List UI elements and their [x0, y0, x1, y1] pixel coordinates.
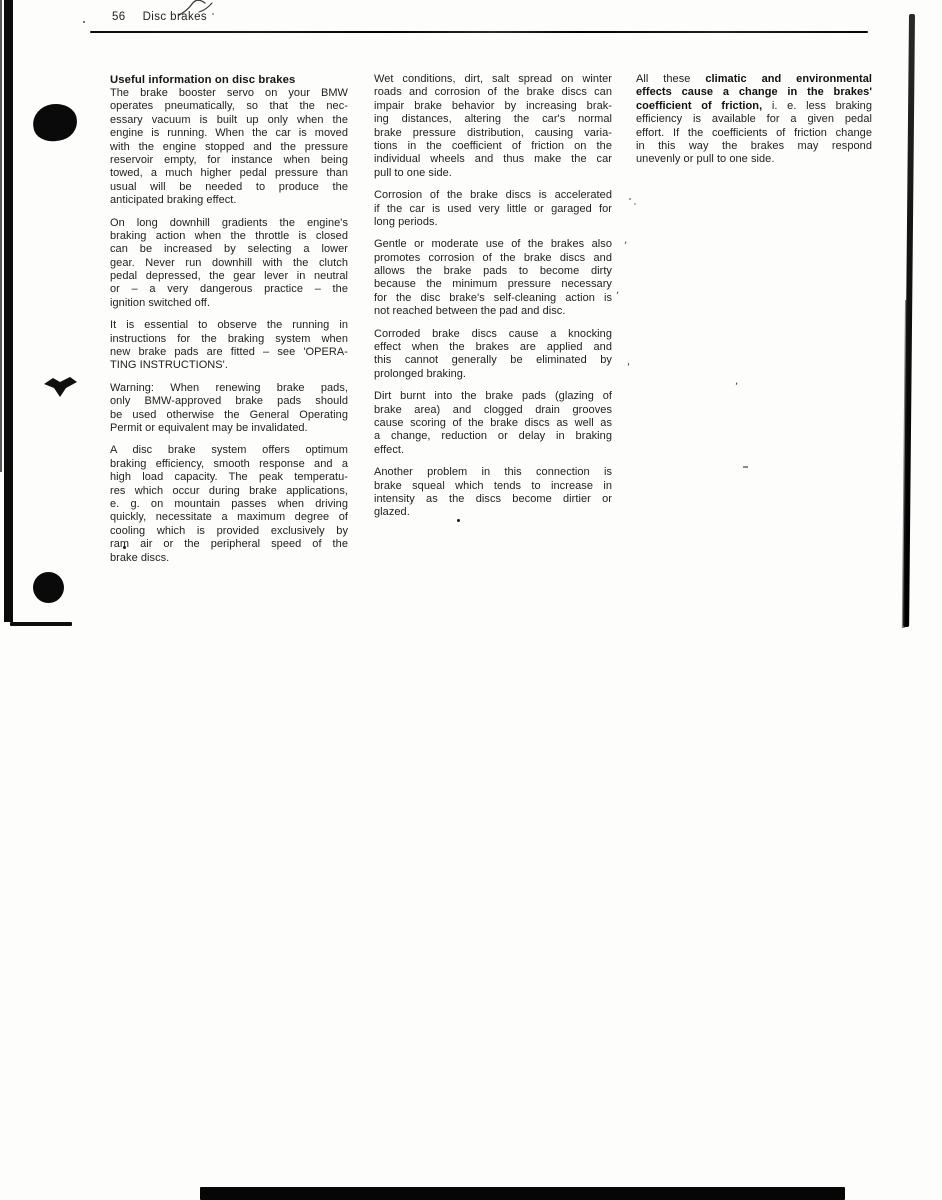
ink-speck: [629, 198, 631, 200]
text-line: high load capacity. The peak temperatu-: [110, 471, 348, 484]
text-line: Corroded brake discs cause a knocking: [374, 328, 612, 341]
stray-dash-mark: [743, 466, 748, 468]
binding-shadow-bar: [4, 0, 13, 622]
paragraph: A disc brake system offers optimumbrakin…: [110, 444, 348, 565]
text-line: be used otherwise the General Operating: [110, 409, 348, 422]
column-middle: Wet conditions, dirt, salt spread on win…: [374, 73, 612, 529]
page-header: 56Disc brakes: [112, 11, 207, 23]
text-line: impair brake behavior by increasing brak…: [374, 100, 612, 113]
text-line: pull to one side.: [374, 167, 612, 180]
ink-speck: [83, 21, 85, 23]
text-line: long periods.: [374, 216, 612, 229]
text-line: cooling which is provided exclusively by: [110, 525, 348, 538]
text-line: pedal depressed, the gear lever in neutr…: [110, 270, 348, 283]
text-line: prolonged braking.: [374, 368, 612, 381]
text-line: operates pneumatically, so that the nec-: [110, 100, 348, 113]
text-line: essary vacuum is built up only when the: [110, 114, 348, 127]
text-line: a change, reduction or delay in braking: [374, 430, 612, 443]
text-line: cause scoring of the brake discs as well…: [374, 417, 612, 430]
text-line: Dirt burnt into the brake pads (glazing …: [374, 390, 612, 403]
paragraph: Another problem in this connection isbra…: [374, 466, 612, 520]
text-line: quickly, necessitate a maximum degree of: [110, 511, 348, 524]
text-line: braking action when the throttle is clos…: [110, 230, 348, 243]
text-line: effects cause a change in the brakes': [636, 86, 872, 99]
text-line: or – a very dangerous practice – the: [110, 283, 348, 296]
text-line: effect when the brakes are applied and: [374, 341, 612, 354]
text-line: individual wheels and thus make the car: [374, 153, 612, 166]
text-line: Corrosion of the brake discs is accelera…: [374, 189, 612, 202]
text-line: usual will be needed to produce the: [110, 181, 348, 194]
text-line: effort. If the coefficients of friction …: [636, 127, 872, 140]
section-heading: Useful information on disc brakes: [110, 73, 348, 87]
text-line: Warning: When renewing brake pads,: [110, 382, 348, 395]
text-line: Another problem in this connection is: [374, 466, 612, 479]
paragraph: Wet conditions, dirt, salt spread on win…: [374, 73, 612, 180]
stray-apostrophe-mark: ': [627, 363, 630, 373]
text-line: ram air or the peripheral speed of the: [110, 538, 348, 551]
text-line: can be increased by selecting a lower: [110, 243, 348, 256]
text-line: roads and corrosion of the brake discs c…: [374, 86, 612, 99]
stray-comma-mark: ,: [624, 236, 627, 246]
text-line: Gentle or moderate use of the brakes als…: [374, 238, 612, 251]
header-rule: [90, 31, 868, 33]
stray-bullet-dot: [457, 519, 460, 522]
text-line: gear. Never run downhill with the clutch: [110, 257, 348, 270]
text-line: e. g. on mountain passes when driving: [110, 498, 348, 511]
column-right: All these climatic and environmentaleffe…: [636, 73, 872, 176]
text-line: The brake booster servo on your BMW: [110, 87, 348, 100]
paragraph: All these climatic and environmentaleffe…: [636, 73, 872, 167]
binding-shadow-foot: [10, 622, 72, 626]
text-line: Wet conditions, dirt, salt spread on win…: [374, 73, 612, 86]
ink-speck: [634, 203, 636, 205]
text-line: braking efficiency, smooth response and …: [110, 458, 348, 471]
text-line: effect.: [374, 444, 612, 457]
text-line: allows the brake pads to become dirty: [374, 265, 612, 278]
scan-artifact-bar: [200, 1187, 845, 1200]
scanned-manual-page: { "header": { "page_number": "56", "titl…: [0, 0, 942, 1200]
text-line: towed, a much higher pedal pressure than: [110, 167, 348, 180]
text-line: with the engine stopped and the pressure: [110, 141, 348, 154]
text-line: A disc brake system offers optimum: [110, 444, 348, 457]
column-left: Useful information on disc brakes The br…: [110, 73, 348, 574]
page-title: Disc brakes: [143, 11, 207, 23]
text-line: ing distances, altering the car's normal: [374, 113, 612, 126]
text-line: tions in the coefficient of friction on …: [374, 140, 612, 153]
text-line: promotes corrosion of the brake discs an…: [374, 252, 612, 265]
text-line: not reached between the pad and disc.: [374, 305, 612, 318]
text-line: Permit or equivalent may be invalidated.: [110, 422, 348, 435]
paragraph: Corrosion of the brake discs is accelera…: [374, 189, 612, 229]
text-line: this cannot generally be eliminated by: [374, 354, 612, 367]
paragraph: On long downhill gradients the engine'sb…: [110, 217, 348, 311]
text-line: brake area) and clogged drain grooves: [374, 404, 612, 417]
ink-blot-top: [31, 101, 80, 144]
paragraph: Dirt burnt into the brake pads (glazing …: [374, 390, 612, 457]
text-line: in this way the brakes may respond: [636, 140, 872, 153]
text-line: efficiency is available for a given peda…: [636, 113, 872, 126]
text-line: if the car is used very little or garage…: [374, 203, 612, 216]
page-number: 56: [112, 11, 126, 23]
text-line: instructions for the braking system when: [110, 333, 348, 346]
text-line: glazed.: [374, 506, 612, 519]
paragraph: The brake booster servo on your BMWopera…: [110, 87, 348, 208]
text-line: res which occur during brake application…: [110, 485, 348, 498]
text-line: TING INSTRUCTIONS'.: [110, 359, 348, 372]
ink-speck: [212, 13, 214, 15]
text-line: reservoir empty, for instance when being: [110, 154, 348, 167]
ink-blot-bottom: [33, 572, 64, 603]
text-line: On long downhill gradients the engine's: [110, 217, 348, 230]
text-line: All these climatic and environmental: [636, 73, 872, 86]
stray-bullet-dot: [123, 546, 126, 549]
text-line: only BMW-approved brake pads should: [110, 395, 348, 408]
paragraph: Corroded brake discs cause a knockingeff…: [374, 328, 612, 382]
paragraph: Gentle or moderate use of the brakes als…: [374, 238, 612, 318]
text-line: unevenly or pull to one side.: [636, 153, 872, 166]
paragraph: Warning: When renewing brake pads,only B…: [110, 382, 348, 436]
text-line: anticipated braking effect.: [110, 194, 348, 207]
text-line: intensity as the discs become dirtier or: [374, 493, 612, 506]
page-edge-line: [0, 0, 2, 472]
text-line: because the minimum pressure necessary: [374, 278, 612, 291]
text-line: engine is running. When the car is moved: [110, 127, 348, 140]
text-line: It is essential to observe the running i…: [110, 319, 348, 332]
stray-comma-mark: ,: [735, 377, 738, 387]
text-line: new brake pads are fitted – see 'OPERA-: [110, 346, 348, 359]
text-line: brake squeal which tends to increase in: [374, 480, 612, 493]
text-line: brake pressure distribution, causing var…: [374, 127, 612, 140]
ink-blot-middle: [44, 376, 78, 403]
stray-comma-mark: ,: [616, 286, 619, 296]
paragraph: It is essential to observe the running i…: [110, 319, 348, 373]
text-line: brake discs.: [110, 552, 348, 565]
text-line: for the disc brake's self-cleaning actio…: [374, 292, 612, 305]
text-line: coefficient of friction, i. e. less brak…: [636, 100, 872, 113]
text-line: ignition switched off.: [110, 297, 348, 310]
